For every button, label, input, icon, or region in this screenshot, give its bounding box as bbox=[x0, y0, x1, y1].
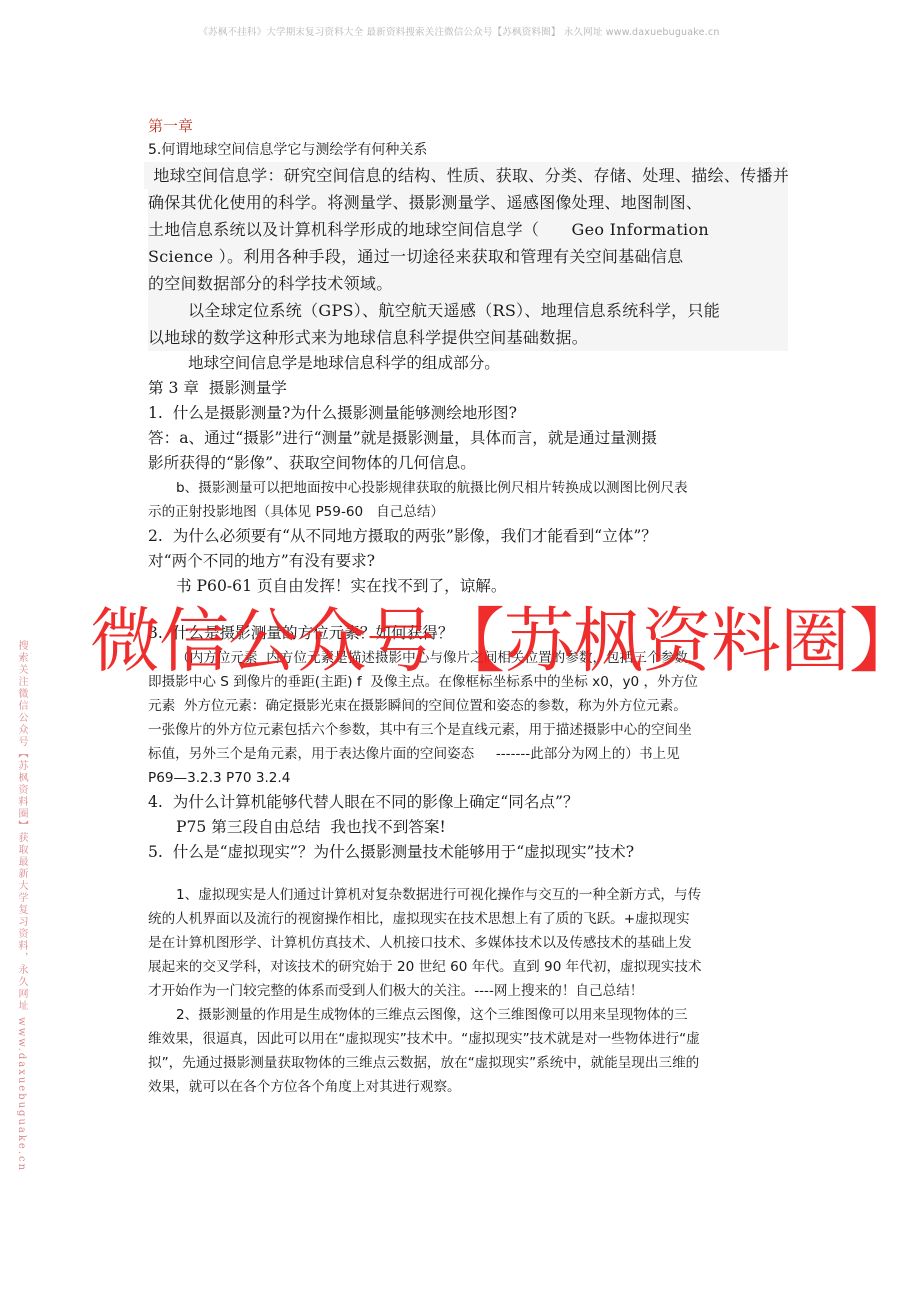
q5-answer-1: 才开始作为一门较完整的体系而受到人们极大的关注。----网上搜来的！自己总结！ bbox=[148, 979, 788, 1003]
q5-answer-1: 展起来的交叉学科，对该技术的研究始于 20 世纪 60 年代。直到 90 年代初… bbox=[148, 955, 788, 979]
q3-answer: P69—3.2.3 P70 3.2.4 bbox=[148, 766, 788, 790]
side-note: 搜索关注微信公众号【苏枫资料圈】获取最新大学复习资料，永久网址 www.daxu… bbox=[14, 640, 28, 1172]
question-5-title: 5.何谓地球空间信息学它与测绘学有何种关系 bbox=[148, 138, 788, 162]
document-page: 第一章 5.何谓地球空间信息学它与测绘学有何种关系 地球空间信息学：研究空间信息… bbox=[148, 114, 788, 1099]
q5-answer-1: 1、虚拟现实是人们通过计算机对复杂数据进行可视化操作与交互的一种全新方式，与传 bbox=[148, 883, 788, 907]
q1-answer-a: 答：a、通过“摄影”进行“测量”就是摄影测量，具体而言，就是通过量测摄 bbox=[148, 426, 788, 451]
q3-answer: 元素 外方位元素：确定摄影光束在摄影瞬间的空间位置和姿态的参数，称为外方位元素。 bbox=[148, 694, 788, 718]
chapter-3-heading: 第 3 章 摄影测量学 bbox=[148, 376, 788, 401]
q1-answer-a: 影所获得的“影像”、获取空间物体的几何信息。 bbox=[148, 451, 788, 476]
q5-answer-2: 效果，就可以在各个方位各个角度上对其进行观察。 bbox=[148, 1075, 788, 1099]
paragraph-line: 的空间数据部分的科学技术领域。 bbox=[148, 270, 788, 297]
paragraph-line: 土地信息系统以及计算机科学形成的地球空间信息学（ Geo Information bbox=[148, 216, 788, 243]
q3-answer: （内方位元素 内方位元素是描述摄影中心与像片之间相关位置的参数，包括三个参数， bbox=[148, 646, 788, 670]
q5-title: 5. 什么是“虚拟现实”？为什么摄影测量技术能够用于“虚拟现实”技术? bbox=[148, 840, 788, 865]
paragraph-line: 地球空间信息学：研究空间信息的结构、性质、获取、分类、存储、处理、描绘、传播并 bbox=[144, 162, 788, 189]
chapter-1-heading: 第一章 bbox=[148, 114, 788, 138]
q1-answer-b: 示的正射投影地图（具体见 P59-60 自己总结） bbox=[148, 500, 788, 524]
paragraph-line: 以地球的数学这种形式来为地球信息科学提供空间基础数据。 bbox=[148, 324, 788, 351]
q1-title: 1. 什么是摄影测量?为什么摄影测量能够测绘地形图? bbox=[148, 401, 788, 426]
q3-title: 3. 什么是摄影测量的方位元素？如何获得？ bbox=[148, 621, 788, 646]
q5-answer-1: 统的人机界面以及流行的视窗操作相比，虚拟现实在技术思想上有了质的飞跃。+虚拟现实 bbox=[148, 907, 788, 931]
q4-answer: P75 第三段自由总结 我也找不到答案! bbox=[148, 815, 788, 840]
q5-answer-2: 拟”，先通过摄影测量获取物体的三维点云数据，放在“虚拟现实”系统中，就能呈现出三… bbox=[148, 1051, 788, 1075]
q3-answer: 标值，另外三个是角元素，用于表达像片面的空间姿态 -------此部分为网上的）… bbox=[148, 742, 788, 766]
q5-answer-2: 维效果，很逼真，因此可以用在“虚拟现实”技术中。“虚拟现实”技术就是对一些物体进… bbox=[148, 1027, 788, 1051]
paragraph-line: 确保其优化使用的科学。将测量学、摄影测量学、遥感图像处理、地图制图、 bbox=[148, 189, 788, 216]
q5-answer-2: 2、摄影测量的作用是生成物体的三维点云图像，这个三维图像可以用来呈现物体的三 bbox=[148, 1003, 788, 1027]
q2-answer: 书 P60-61 页自由发挥！实在找不到了，谅解。 bbox=[148, 574, 788, 599]
q2-title: 对“两个不同的地方”有没有要求? bbox=[148, 549, 788, 574]
q3-answer: 即摄影中心 S 到像片的垂距(主距) f 及像主点。在像框标坐标系中的坐标 x0… bbox=[148, 670, 788, 694]
q2-title: 2. 为什么必须要有“从不同地方摄取的两张”影像，我们才能看到“立体”？ bbox=[148, 524, 788, 549]
q4-title: 4. 为什么计算机能够代替人眼在不同的影像上确定“同名点”？ bbox=[148, 790, 788, 815]
paragraph-line: 以全球定位系统（GPS）、航空航天遥感（RS）、地理信息系统科学，只能 bbox=[148, 297, 788, 324]
paragraph-line: Science ）。利用各种手段，通过一切途径来获取和管理有关空间基础信息 bbox=[148, 243, 788, 270]
paragraph-line: 地球空间信息学是地球信息科学的组成部分。 bbox=[148, 351, 788, 376]
q5-answer-1: 是在计算机图形学、计算机仿真技术、人机接口技术、多媒体技术以及传感技术的基础上发 bbox=[148, 931, 788, 955]
q1-answer-b: b、摄影测量可以把地面按中心投影规律获取的航摄比例尺相片转换成以测图比例尺表 bbox=[148, 476, 788, 500]
header-banner: 《苏枫不挂科》大学期末复习资料大全 最新资料搜索关注微信公众号【苏枫资料圈】 永… bbox=[0, 24, 918, 38]
q3-answer: 一张像片的外方位元素包括六个参数，其中有三个是直线元素，用于描述摄影中心的空间坐 bbox=[148, 718, 788, 742]
